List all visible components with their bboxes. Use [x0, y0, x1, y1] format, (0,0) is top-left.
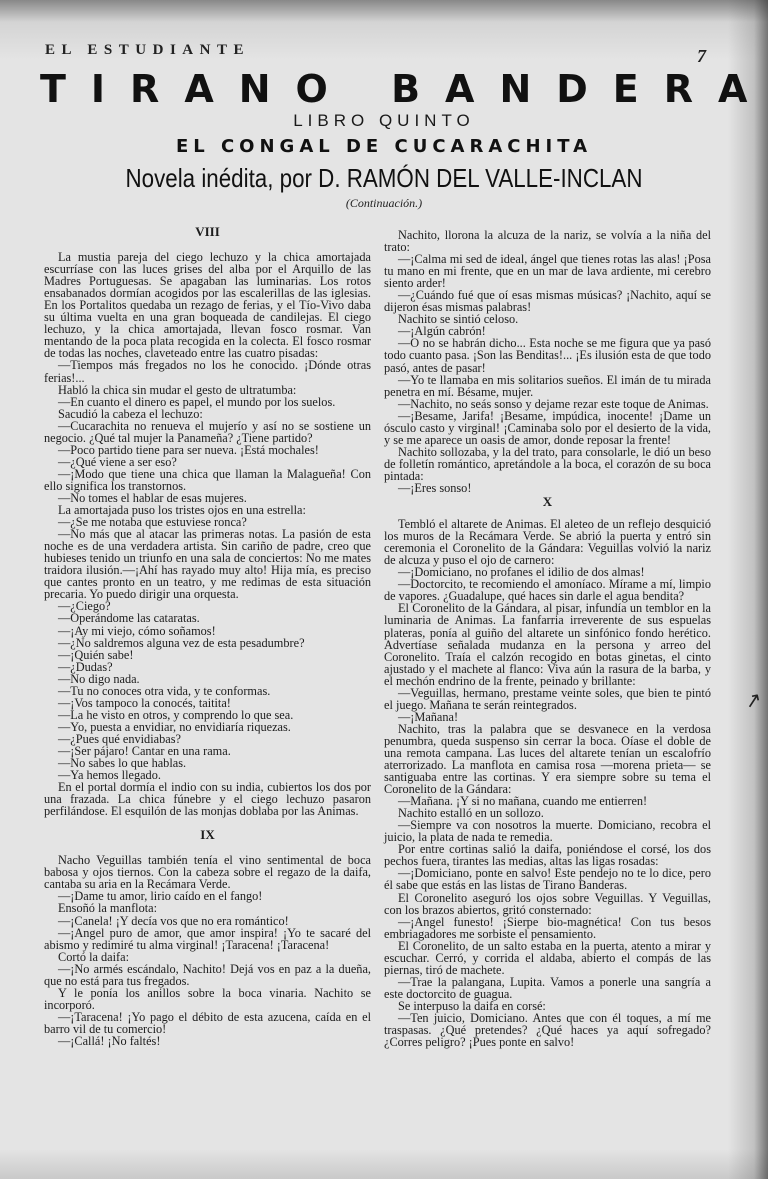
paragraph: Ensoñó la manflota:	[44, 902, 371, 914]
paragraph: —Operándome las cataratas.	[44, 612, 371, 624]
paragraph: Nachito, llorona la alcuza de la nariz, …	[384, 229, 711, 253]
section-heading-ix: IX	[44, 829, 371, 841]
paragraph: —Siempre va con nosotros la muerte. Domi…	[384, 819, 711, 843]
novel-title: TIRANO BANDERAS	[40, 70, 720, 108]
paragraph: —Nachito, no seás sonso y dejame rezar e…	[384, 398, 711, 410]
page-number: 7	[697, 46, 706, 67]
paragraph: Nachito, tras la palabra que se desvanec…	[384, 723, 711, 795]
paragraph: —¿Dudas?	[44, 661, 371, 673]
paragraph: El Coronelito, de un salto estaba en la …	[384, 940, 711, 976]
paragraph: Tembló el altarete de Animas. El aleteo …	[384, 518, 711, 566]
paragraph: —¡Ay mi viejo, cómo soñamos!	[44, 625, 371, 637]
paragraph: El Coronelito de la Gándara, al pisar, i…	[384, 602, 711, 686]
paragraph: Y le ponía los anillos sobre la boca vin…	[44, 987, 371, 1011]
paragraph: —¡Taracena! ¡Yo pago el débito de esta a…	[44, 1011, 371, 1035]
paragraph: —En cuanto el dinero es papel, el mundo …	[44, 396, 371, 408]
paragraph: —No más que al atacar las primeras notas…	[44, 528, 371, 600]
section-viii-body: La mustia pareja del ciego lechuzo y la …	[44, 251, 371, 817]
paragraph: En el portal dormía el indio con su indi…	[44, 781, 371, 817]
byline: Novela inédita, por D. RAMÓN DEL VALLE-I…	[54, 163, 714, 194]
section-heading-x: X	[384, 496, 711, 508]
section-x-body: Tembló el altarete de Animas. El aleteo …	[384, 518, 711, 1048]
paragraph: —Veguillas, hermano, prestame veinte sol…	[384, 687, 711, 711]
paragraph: —¡Domiciano, ponte en salvo! Este pendej…	[384, 867, 711, 891]
paragraph: —Trae la palangana, Lupita. Vamos a pone…	[384, 976, 711, 1000]
paragraph: —Ten juicio, Domiciano. Antes que con él…	[384, 1012, 711, 1048]
paragraph: La mustia pareja del ciego lechuzo y la …	[44, 251, 371, 359]
paragraph: Sacudió la cabeza el lechuzo:	[44, 408, 371, 420]
paragraph: —O no se habrán dicho... Esta noche se m…	[384, 337, 711, 373]
paragraph: El Coronelito aseguró los ojos sobre Veg…	[384, 892, 711, 916]
section-heading-viii: VIII	[44, 226, 371, 238]
paragraph: —¡Besame, Jarifa! ¡Besame, impúdica, ino…	[384, 410, 711, 446]
paragraph: Cortó la daifa:	[44, 951, 371, 963]
left-column: VIII La mustia pareja del ciego lechuzo …	[44, 226, 371, 1047]
paragraph: —Tiempos más fregados no los he conocido…	[44, 359, 371, 383]
paragraph: Nachito sollozaba, y la del trato, para …	[384, 446, 711, 482]
book-heading: LIBRO QUINTO	[0, 111, 768, 131]
paragraph: —¡Eres sonso!	[384, 482, 711, 494]
paragraph: —¡Angel puro de amor, que amor inspira! …	[44, 927, 371, 951]
paragraph: —¡Quién sabe!	[44, 649, 371, 661]
continuation-note: (Continuación.)	[0, 196, 768, 211]
right-column: Nachito, llorona la alcuza de la nariz, …	[384, 229, 711, 1048]
section-ix-continued-body: Nachito, llorona la alcuza de la nariz, …	[384, 229, 711, 494]
paragraph: —Cucarachita no renueva el mujerío y así…	[44, 420, 371, 444]
magazine-page: EL ESTUDIANTE 7 TIRANO BANDERAS LIBRO QU…	[0, 0, 768, 1179]
paragraph: —¡Angel funesto! ¡Sierpe bio-magnética! …	[384, 916, 711, 940]
paragraph: —¿No saldremos alguna vez de esta pesadu…	[44, 637, 371, 649]
paragraph: —¡Callá! ¡No faltés!	[44, 1035, 371, 1047]
paragraph: Nacho Veguillas también tenía el vino se…	[44, 854, 371, 890]
chapter-title: EL CONGAL DE CUCARACHITA	[0, 136, 768, 157]
paragraph: —¡Modo que tiene una chica que llaman la…	[44, 468, 371, 492]
paragraph: Por entre cortinas salió la daifa, ponié…	[384, 843, 711, 867]
paragraph: —¡Calma mi sed de ideal, ángel que tiene…	[384, 253, 711, 289]
paragraph: —¡No armés escándalo, Nachito! Dejá vos …	[44, 963, 371, 987]
paragraph: Habló la chica sin mudar el gesto de ult…	[44, 384, 371, 396]
paragraph: —No digo nada.	[44, 673, 371, 685]
paragraph: —Yo te llamaba en mis solitarios sueños.…	[384, 374, 711, 398]
paragraph: —¿Cuándo fué que oí esas mismas músicas?…	[384, 289, 711, 313]
handwritten-margin-mark: ↗	[743, 687, 765, 715]
section-ix-body: Nacho Veguillas también tenía el vino se…	[44, 854, 371, 1047]
paragraph: —Doctorcito, te recomiendo el amoníaco. …	[384, 578, 711, 602]
paragraph: —¡Canela! ¡Y decía vos que no era románt…	[44, 915, 371, 927]
publication-name: EL ESTUDIANTE	[45, 42, 250, 59]
paragraph: —Tu no conoces otra vida, y te conformas…	[44, 685, 371, 697]
